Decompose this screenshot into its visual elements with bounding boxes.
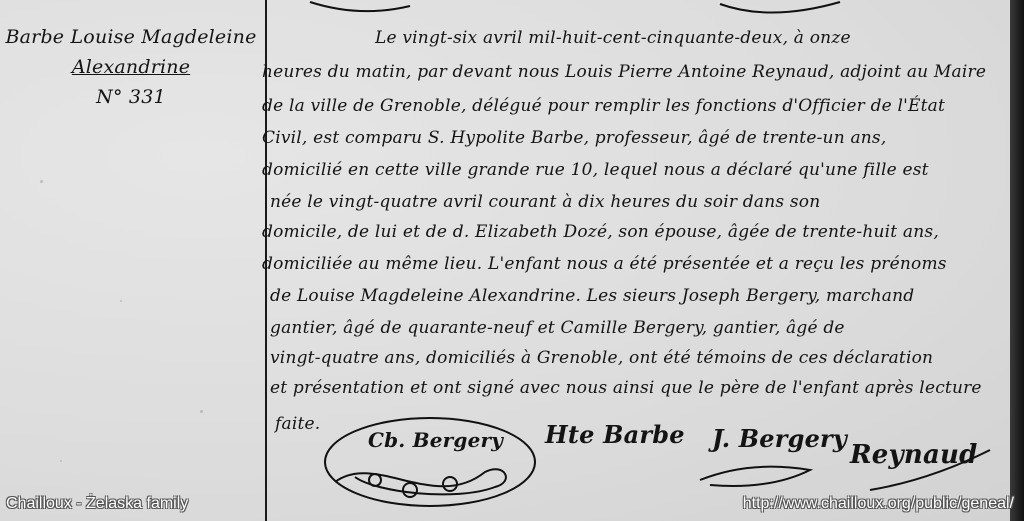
scanned-register-page: Barbe Louise Magdeleine Alexandrine N° 3… — [0, 0, 1010, 521]
watermark-url: http://www.chailloux.org/public/geneal/ — [743, 495, 1014, 513]
top-flourish-icon — [300, 0, 860, 20]
body-line-1: Le vingt-six avril mil-huit-cent-cinquan… — [375, 28, 851, 48]
body-line-4: Civil, est comparu S. Hypolite Barbe, pr… — [262, 128, 886, 148]
signature-cb-bergery: Cb. Bergery — [368, 428, 503, 452]
paper-speck — [60, 460, 62, 462]
paper-speck — [200, 410, 203, 413]
paper-speck — [40, 180, 43, 183]
body-line-7: domicile, de lui et de d. Elizabeth Dozé… — [262, 222, 939, 242]
signature-underline-flourish-icon — [690, 440, 1020, 500]
body-line-3: de la ville de Grenoble, délégué pour re… — [262, 96, 945, 116]
signature-hte-barbe: Hte Barbe — [545, 420, 685, 449]
margin-note: Barbe Louise Magdeleine Alexandrine N° 3… — [0, 22, 262, 112]
margin-note-name: Barbe Louise Magdeleine — [0, 22, 262, 52]
page-edge — [1010, 0, 1024, 521]
margin-note-name-cont: Alexandrine — [0, 52, 262, 82]
body-line-13: faite. — [275, 414, 320, 434]
body-line-8: domiciliée au même lieu. L'enfant nous a… — [262, 254, 947, 274]
watermark-family-name: Chailloux - Żelaska family — [6, 495, 188, 513]
body-line-11: vingt-quatre ans, domiciliés à Grenoble,… — [270, 348, 933, 368]
body-line-12: et présentation et ont signé avec nous a… — [270, 378, 982, 398]
margin-note-number: N° 331 — [0, 82, 262, 112]
body-line-5: domicilié en cette ville grande rue 10, … — [262, 160, 929, 180]
body-line-9: de Louise Magdeleine Alexandrine. Les si… — [270, 286, 914, 306]
body-line-10: gantier, âgé de quarante-neuf et Camille… — [270, 318, 845, 338]
paper-speck — [120, 300, 122, 302]
body-line-6: née le vingt-quatre avril courant à dix … — [270, 192, 820, 212]
body-line-2: heures du matin, par devant nous Louis P… — [262, 62, 986, 82]
